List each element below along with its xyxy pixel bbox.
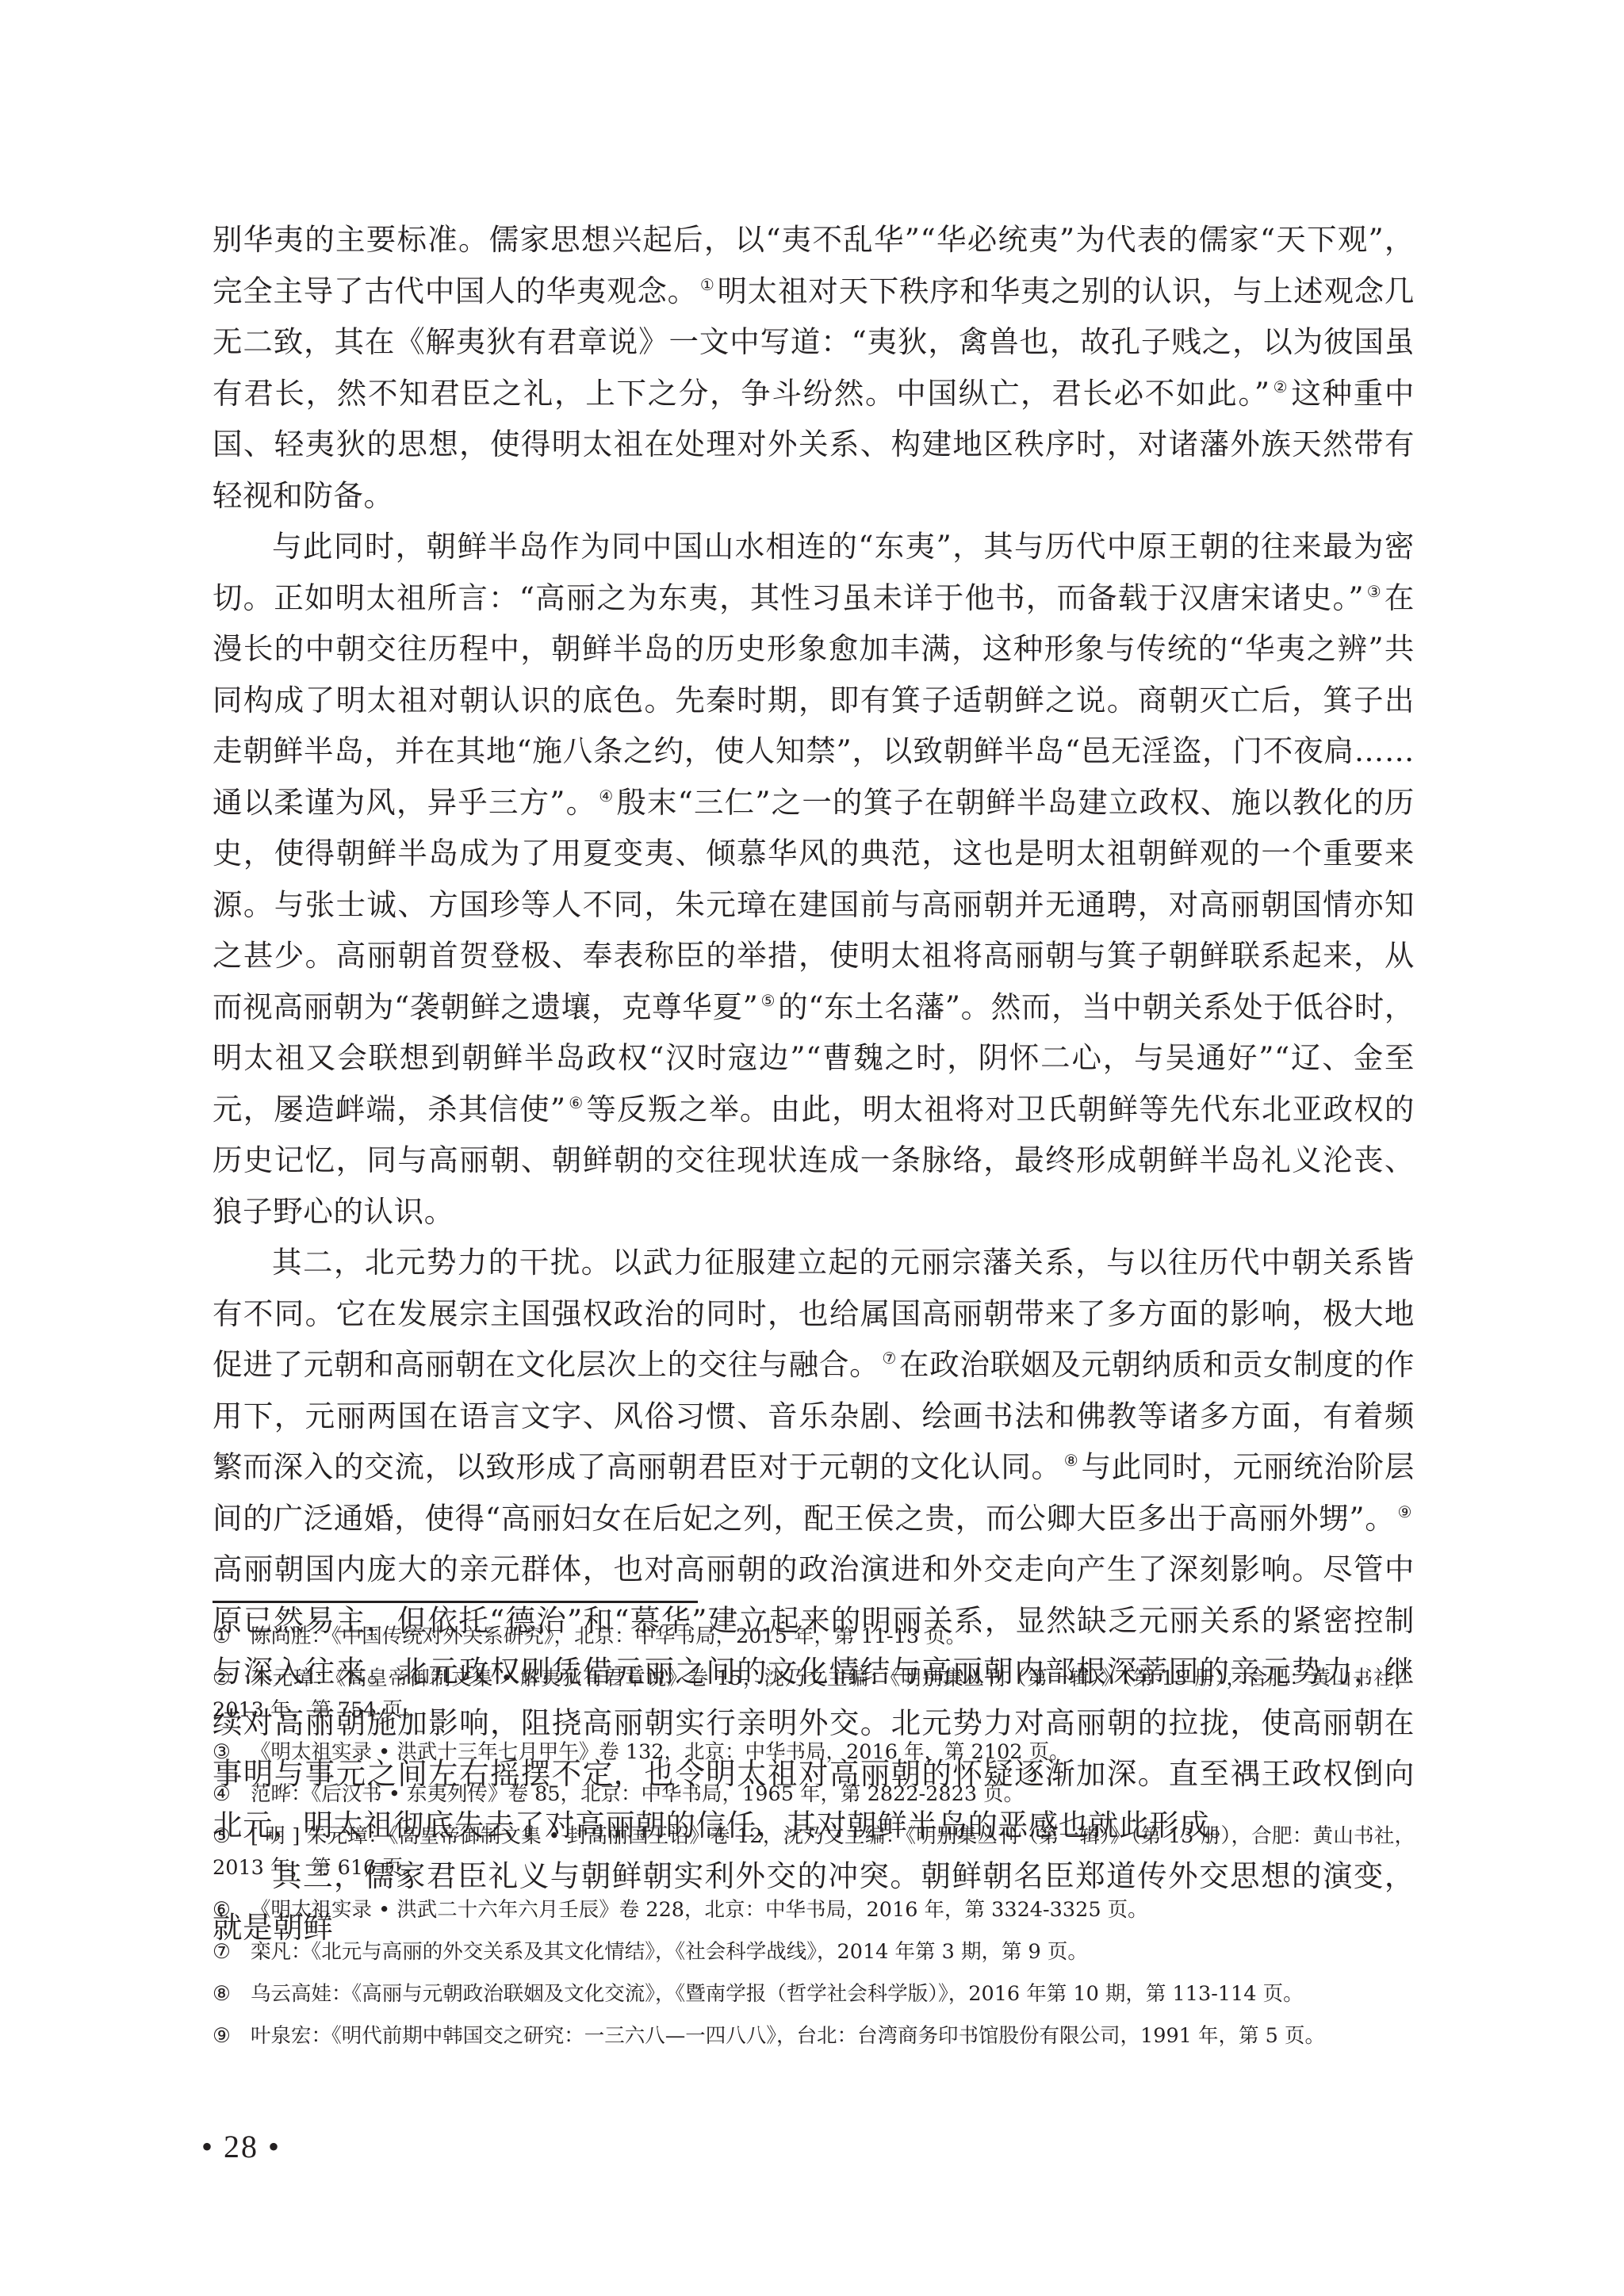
footnote-text: 《明太祖实录 • 洪武十三年七月甲午》卷 132，北京：中华书局，2016 年，… <box>251 1740 1070 1764</box>
footnote-text: 范晔：《后汉书 • 东夷列传》卷 85，北京：中华书局，1965 年，第 282… <box>251 1782 1024 1806</box>
footnote-reference[interactable]: ⑦ <box>882 1349 897 1368</box>
footnote-reference[interactable]: ⑧ <box>1064 1451 1079 1470</box>
paragraph: 别华夷的主要标准。儒家思想兴起后，以“夷不乱华”“华必统夷”为代表的儒家“天下观… <box>213 214 1415 521</box>
footnote-item: ④范晔：《后汉书 • 东夷列传》卷 85，北京：中华书局，1965 年，第 28… <box>213 1778 1415 1810</box>
footnote-reference[interactable]: ⑨ <box>1397 1502 1412 1521</box>
footnote-reference[interactable]: ④ <box>599 786 614 806</box>
footnote-number: ⑧ <box>213 1978 251 2010</box>
page-number: • 28 • <box>201 2128 281 2165</box>
footnote-item: ⑧乌云高娃：《高丽与元朝政治联姻及文化交流》，《暨南学报（哲学社会科学版）》，2… <box>213 1978 1415 2010</box>
footnote-text: 陈尚胜：《中国传统对外关系研究》，北京：中华书局，2015 年，第 11-13 … <box>251 1624 966 1648</box>
footnote-item: ⑤[ 明 ] 朱元璋：《高皇帝御制文集 • 封高丽国王诏》卷 12，沈乃文主编：… <box>213 1820 1415 1884</box>
footnote-reference[interactable]: ① <box>700 275 715 294</box>
footnote-number: ⑦ <box>213 1936 251 1968</box>
footnote-item: ①陈尚胜：《中国传统对外关系研究》，北京：中华书局，2015 年，第 11-13… <box>213 1621 1415 1652</box>
footnote-reference[interactable]: ② <box>1273 377 1289 396</box>
footnote-number: ⑨ <box>213 2020 251 2052</box>
footnote-item: ⑨叶泉宏：《明代前期中韩国交之研究：一三六八—一四八八》，台北：台湾商务印书馆股… <box>213 2020 1415 2052</box>
footnote-item: ⑥《明太祖实录 • 洪武二十六年六月壬辰》卷 228，北京：中华书局，2016 … <box>213 1894 1415 1926</box>
footnote-number: ④ <box>213 1778 251 1810</box>
footnotes-section: ①陈尚胜：《中国传统对外关系研究》，北京：中华书局，2015 年，第 11-13… <box>213 1621 1415 2062</box>
footnote-text: 《明太祖实录 • 洪武二十六年六月壬辰》卷 228，北京：中华书局，2016 年… <box>251 1898 1148 1922</box>
footnote-number: ③ <box>213 1736 251 1768</box>
footnote-number: ⑥ <box>213 1894 251 1926</box>
footnote-item: ②朱元璋：《高皇帝御制文集 • 解夷狄有君章说》卷 15，沈乃文主编：《明别集丛… <box>213 1663 1415 1726</box>
footnote-text: [ 明 ] 朱元璋：《高皇帝御制文集 • 封高丽国王诏》卷 12，沈乃文主编：《… <box>213 1824 1415 1880</box>
footnote-number: ⑤ <box>213 1820 251 1852</box>
footnote-item: ⑦栾凡：《北元与高丽的外交关系及其文化情结》，《社会科学战线》，2014 年第 … <box>213 1936 1415 1968</box>
footnote-item: ③《明太祖实录 • 洪武十三年七月甲午》卷 132，北京：中华书局，2016 年… <box>213 1736 1415 1768</box>
footnote-reference[interactable]: ⑤ <box>760 991 776 1010</box>
footnote-reference[interactable]: ③ <box>1366 582 1382 601</box>
footnote-separator <box>213 1601 698 1603</box>
footnote-number: ② <box>213 1663 251 1694</box>
footnote-text: 乌云高娃：《高丽与元朝政治联姻及文化交流》，《暨南学报（哲学社会科学版）》，20… <box>251 1982 1304 2006</box>
paragraph: 与此同时，朝鲜半岛作为同中国山水相连的“东夷”，其与历代中原王朝的往来最为密切。… <box>213 521 1415 1237</box>
footnote-text: 栾凡：《北元与高丽的外交关系及其文化情结》，《社会科学战线》，2014 年第 3… <box>251 1940 1088 1964</box>
footnote-text: 朱元璋：《高皇帝御制文集 • 解夷狄有君章说》卷 15，沈乃文主编：《明别集丛刊… <box>213 1667 1415 1722</box>
footnote-number: ① <box>213 1621 251 1652</box>
paragraph-text: 在漫长的中朝交往历程中，朝鲜半岛的历史形象愈加丰满，这种形象与传统的“华夷之辨”… <box>213 580 1415 820</box>
paragraph-text: 殷末“三仁”之一的箕子在朝鲜半岛建立政权、施以教化的历史，使得朝鲜半岛成为了用夏… <box>213 785 1415 1024</box>
footnote-text: 叶泉宏：《明代前期中韩国交之研究：一三六八—一四八八》，台北：台湾商务印书馆股份… <box>251 2024 1325 2048</box>
footnote-reference[interactable]: ⑥ <box>569 1093 584 1112</box>
paragraph-text: 与此同时，朝鲜半岛作为同中国山水相连的“东夷”，其与历代中原王朝的往来最为密切。… <box>213 529 1415 615</box>
